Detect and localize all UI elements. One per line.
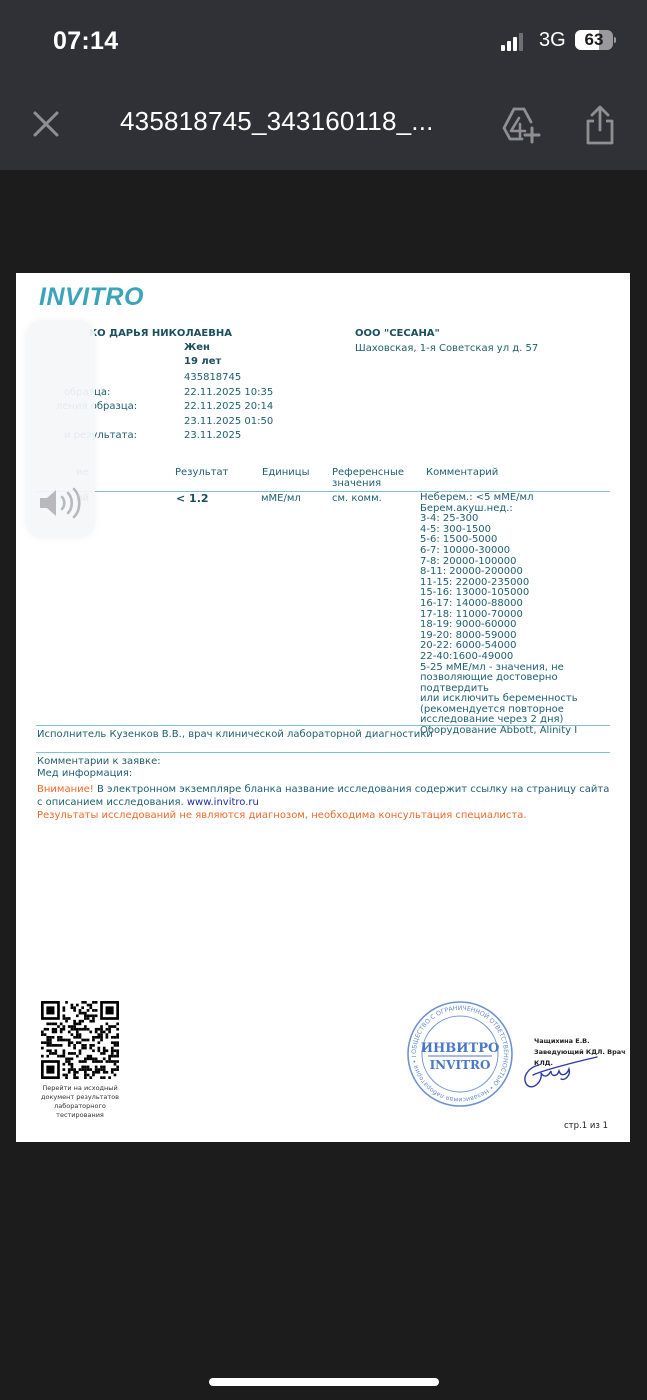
result-comment: Неберем.: <5 мМЕ/мл Берем.акуш.нед.: 3-4…: [420, 493, 620, 737]
notice-warning: Внимание!: [37, 784, 94, 795]
patient-field-value: 22.11.2025 10:35: [184, 386, 273, 400]
signal-bar: [507, 41, 511, 51]
lab-stamp: ОБЩЕСТВО С ОГРАНИЧЕННОЙ ОТВЕТСТВЕННОСТЬЮ…: [406, 1000, 514, 1108]
battery-tip: [614, 37, 616, 43]
patient-field-value: 22.11.2025 20:14: [184, 400, 273, 414]
home-indicator[interactable]: [209, 1378, 439, 1386]
qr-code[interactable]: [41, 1001, 119, 1079]
performer: Исполнитель Кузенков В.В., врач клиничес…: [37, 728, 433, 742]
close-button[interactable]: [30, 108, 62, 140]
lab-address: Шаховская, 1-я Советская ул д. 57: [355, 342, 538, 356]
svg-text:INVITRO: INVITRO: [430, 1058, 491, 1072]
patient-field-value: 19 лет: [184, 355, 221, 369]
signature: [511, 1053, 601, 1093]
header-units: Единицы: [262, 467, 309, 478]
result-reference: см. комм.: [332, 493, 382, 504]
signal-bar: [519, 33, 523, 51]
share-button[interactable]: [584, 104, 616, 146]
patient-field-value: 23.11.2025 01:50: [184, 415, 273, 429]
lab-name: ООО "СЕСАНА": [355, 327, 440, 341]
signal-bar: [501, 45, 505, 51]
notice: Внимание! В электронном экземпляре бланк…: [37, 784, 617, 809]
signer-name: Чащихина Е.В.: [534, 1036, 630, 1047]
header-result: Результат: [175, 467, 228, 478]
patient-name: КО ДАРЬЯ НИКОЛАЕВНА: [89, 327, 232, 341]
document-page: INVITRO КО ДАРЬЯ НИКОЛАЕВНА Жен19 лет435…: [16, 273, 630, 1142]
result-value: < 1.2: [176, 493, 209, 504]
top-bar: 07:14 3G 63 435818745_343160118_...: [0, 0, 647, 170]
page-number: стр.1 из 1: [564, 1119, 608, 1133]
patient-field-value: Жен: [184, 341, 210, 355]
med-info-label: Мед информация:: [37, 767, 132, 781]
result-units: мМЕ/мл: [261, 493, 301, 504]
notice-text: В электронном экземпляре бланка название…: [37, 784, 609, 808]
patient-field-value: 435818745: [184, 371, 241, 385]
battery-percent: 63: [575, 30, 613, 50]
qr-caption: Перейти на исходный документ результатов…: [34, 1084, 126, 1120]
table-row-divider: [36, 725, 610, 726]
signal-icon: [501, 33, 527, 51]
markup-add-icon: [500, 106, 542, 146]
invitro-link[interactable]: www.invitro.ru: [187, 797, 259, 808]
signal-bar: [513, 37, 517, 51]
network-type: 3G: [539, 29, 566, 52]
svg-text:ИНВИТРО: ИНВИТРО: [421, 1041, 500, 1056]
battery-icon: 63: [575, 30, 613, 50]
status-time: 07:14: [53, 27, 118, 56]
share-icon: [584, 104, 616, 146]
header-comment: Комментарий: [426, 467, 498, 478]
speaker-icon: [38, 487, 84, 519]
close-icon: [30, 108, 62, 140]
markup-button[interactable]: [500, 106, 542, 146]
patient-field-value: 23.11.2025: [184, 429, 241, 443]
disclaimer: Результаты исследований не являются диаг…: [37, 809, 527, 823]
invitro-logo: INVITRO: [39, 283, 144, 312]
header-reference: Референсные значения: [332, 467, 412, 489]
performer-divider: [36, 752, 610, 753]
document-title: 435818745_343160118_...: [120, 106, 434, 137]
volume-hud[interactable]: [26, 320, 95, 538]
